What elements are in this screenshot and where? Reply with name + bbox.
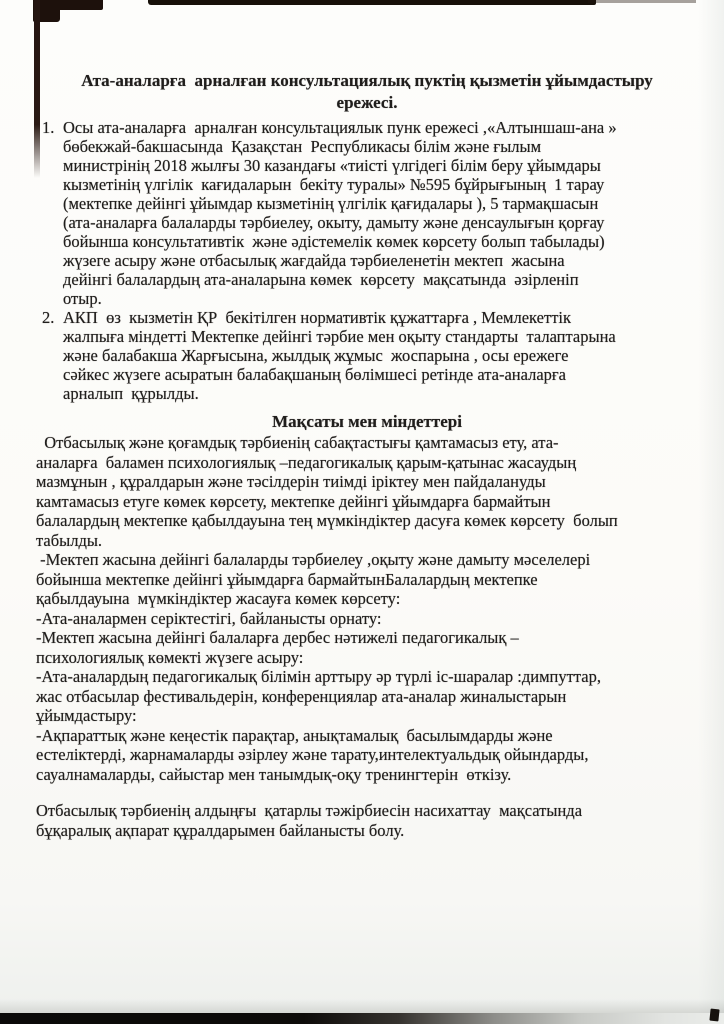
scan-top-edge-line-tail (588, 0, 696, 3)
list-item: 1. Осы ата-аналарға арналған консультаци… (36, 118, 698, 308)
paragraph-task-5: -Ақпараттық және кеңестік парақтар, анық… (36, 726, 698, 785)
scan-bottom-edge-bar (0, 1013, 724, 1024)
paragraph-goals: Отбасылық және қоғамдық тәрбиенің сабақт… (36, 433, 698, 550)
section-heading: Мақсаты мен міндеттері (36, 411, 698, 433)
list-item-text: АКП өз кызметін ҚР бекітілген нормативті… (63, 308, 616, 403)
list-item-number: 1. (42, 118, 63, 137)
document-content: Ата-аналарға арналған консультациялық пу… (36, 70, 698, 840)
list-item: 2. АКП өз кызметін ҚР бекітілген нормати… (36, 308, 698, 403)
numbered-list: 1. Осы ата-аналарға арналған консультаци… (36, 118, 698, 403)
scan-top-left-corner-mark (33, 0, 103, 10)
scan-bottom-shadow (0, 999, 724, 1015)
document-title: Ата-аналарға арналған консультациялық пу… (55, 70, 679, 114)
scanned-document-page: Ата-аналарға арналған консультациялық пу… (0, 0, 724, 1024)
paragraph-task-2: -Ата-аналармен серіктестігі, байланысты … (36, 609, 698, 629)
closing-paragraph: Отбасылық тәрбиенің алдыңғы қатарлы тәжі… (36, 801, 698, 840)
scan-bottom-right-mark (709, 1009, 719, 1022)
paragraph-task-4: -Ата-аналардың педагогикалық білімін арт… (36, 667, 698, 726)
scan-right-edge-shadow (698, 0, 724, 1024)
scan-top-edge-line (148, 0, 596, 5)
scan-top-left-corner-step (33, 0, 60, 22)
paragraph-task-1: -Мектеп жасына дейінгі балаларды тәрбиел… (36, 550, 698, 609)
paragraph-task-3: -Мектеп жасына дейінгі балаларға дербес … (36, 628, 698, 667)
list-item-number: 2. (42, 308, 63, 327)
list-item-text: Осы ата-аналарға арналған консультациялы… (63, 118, 617, 308)
